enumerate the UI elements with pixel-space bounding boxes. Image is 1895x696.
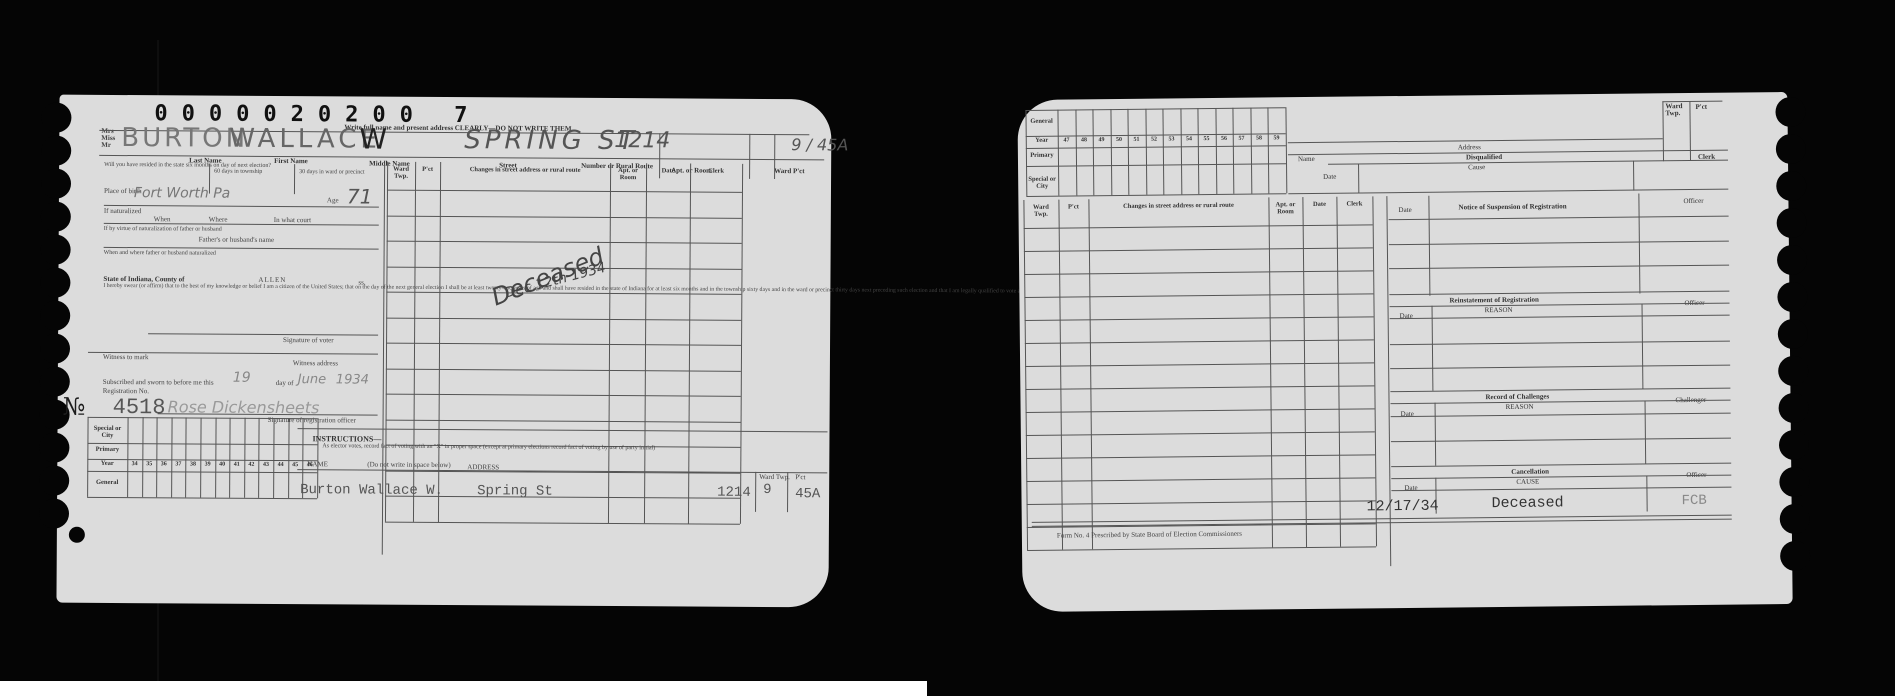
- punch-hole: [1777, 208, 1807, 238]
- punch-hole: [40, 301, 70, 331]
- cancellation-title: Cancellation: [1511, 467, 1549, 475]
- punch-hole: [39, 466, 69, 496]
- grid-year: 47: [1058, 137, 1076, 143]
- pct-label: P'ct: [795, 473, 805, 481]
- grid-year: 37: [171, 461, 186, 467]
- age-label: Age: [327, 196, 339, 204]
- grid-year: 42: [244, 462, 259, 468]
- punch-hole: [69, 527, 85, 543]
- witness-mark-label: Witness to mark: [103, 353, 149, 361]
- grid-year: 44: [273, 462, 288, 468]
- punch-hole: [1776, 171, 1806, 201]
- back-name-label: Name: [1298, 155, 1315, 163]
- day-value: 19: [233, 370, 251, 386]
- reg-no-label: Registration No.: [103, 387, 149, 395]
- punch-hole: [41, 103, 71, 133]
- by-virtue-label: If by virtue of naturalization of father…: [104, 225, 164, 233]
- court-label: In what court: [274, 216, 311, 224]
- registration-card-back: GeneralYear47484950515253545556575859Pri…: [1017, 92, 1792, 612]
- punch-hole: [1780, 504, 1810, 534]
- form-footer: Form No. 4 Prescribed by State Board of …: [1057, 530, 1242, 540]
- day-of-label: day of: [276, 379, 294, 387]
- grid-row-label: Primary: [1028, 152, 1056, 159]
- subscribed-label: Subscribed and sworn to before me this: [103, 378, 214, 387]
- voter-signature-label: Signature of voter: [283, 336, 334, 344]
- column-header: Ward Twp.: [389, 166, 413, 180]
- grid-year: 41: [229, 462, 244, 468]
- column-header: Apt. or Room: [1270, 201, 1300, 215]
- county-value: ALLEN: [258, 276, 286, 284]
- back-date-label: Date: [1323, 173, 1336, 181]
- punch-hole: [1779, 467, 1809, 497]
- naturalized-label: If naturalized: [104, 207, 144, 215]
- grid-year: 43: [259, 462, 274, 468]
- column-header: P'ct: [1060, 203, 1086, 210]
- column-header: Apt. or Room: [612, 167, 644, 181]
- punch-hole: [1780, 541, 1810, 571]
- punch-hole: [39, 499, 69, 529]
- grid-year: 54: [1180, 136, 1198, 142]
- grid-year: 57: [1233, 136, 1251, 142]
- grid-year: 49: [1093, 137, 1111, 143]
- grid-row-label: General: [1028, 118, 1056, 125]
- grid-year: 55: [1198, 136, 1216, 142]
- suspension-title: Notice of Suspension of Registration: [1458, 202, 1566, 211]
- column-header: Date: [648, 167, 688, 174]
- grid-year: 52: [1145, 137, 1163, 143]
- punch-hole: [1777, 282, 1807, 312]
- q-state-label: Will you have resided in the state six m…: [104, 161, 199, 170]
- suspension-date-label: Date: [1398, 206, 1411, 214]
- ward-pct-value: 9 / 45A: [791, 135, 848, 154]
- front-changes-table: Ward Twp.P'ctChanges in street address o…: [60, 95, 832, 100]
- do-not-write-label: (Do not write in space below): [367, 461, 450, 470]
- grid-year: 34: [127, 461, 142, 467]
- back-voting-grid: GeneralYear47484950515253545556575859Pri…: [1017, 92, 1787, 100]
- grid-row-label: Special or City: [89, 425, 125, 439]
- birth-label: Place of birth: [104, 187, 126, 195]
- year-value: 1934: [336, 372, 369, 387]
- birth-value: Fort Worth Pa: [134, 185, 230, 202]
- where-label: Where: [209, 216, 228, 224]
- grid-year: 48: [1075, 137, 1093, 143]
- cancellation-cause-label: CAUSE: [1516, 478, 1539, 486]
- column-header: Date: [1304, 201, 1334, 208]
- challenges-reason-label: REASON: [1506, 403, 1534, 411]
- punch-hole: [1775, 97, 1805, 127]
- cancellation-date-value: 12/17/34: [1367, 498, 1439, 516]
- q-ward-label: 30 days in ward or precinct: [299, 168, 354, 176]
- typed-ward: 9: [763, 482, 772, 498]
- grid-year: 40: [215, 462, 230, 468]
- ward-pct-label: Ward P'ct: [774, 167, 805, 175]
- punch-hole: [39, 433, 69, 463]
- grid-year: 38: [186, 461, 201, 467]
- grid-year: 59: [1268, 135, 1286, 141]
- back-address-label: Address: [1458, 143, 1481, 151]
- oath-text: I hereby swear (or affirm) that to the b…: [103, 283, 378, 292]
- back-changes-table: Ward Twp.P'ctChanges in street address o…: [1017, 92, 1787, 100]
- grid-row-label: Year: [89, 460, 125, 467]
- punch-hole: [1779, 430, 1809, 460]
- grid-year: 56: [1215, 136, 1233, 142]
- when-label: When: [154, 215, 171, 223]
- back-clerk-label: Clerk: [1698, 153, 1715, 161]
- grid-year: 58: [1250, 135, 1268, 141]
- typed-pct: 45A: [795, 486, 820, 502]
- punch-hole: [41, 136, 71, 166]
- number-symbol: №: [63, 393, 86, 421]
- first-name-value: WALLACE: [229, 124, 381, 155]
- column-header: Clerk: [692, 168, 740, 175]
- punch-hole: [40, 334, 70, 364]
- typed-name: Burton Wallace W.: [300, 482, 443, 499]
- grid-year: 36: [156, 461, 171, 467]
- punch-hole: [40, 268, 70, 298]
- witness-address-label: Witness address: [293, 359, 338, 367]
- disqualified-label: Disqualified: [1466, 153, 1502, 161]
- grid-year: 50: [1110, 137, 1128, 143]
- back-ward-label: Ward Twp.: [1665, 103, 1685, 117]
- column-header: Changes in street address or rural route: [442, 166, 608, 174]
- first-name-label: First Name: [274, 157, 308, 165]
- instructions-title: INSTRUCTIONS—: [312, 434, 381, 443]
- middle-name-value: W: [359, 122, 387, 155]
- column-header: Clerk: [1338, 200, 1370, 207]
- white-bar-artifact: [0, 681, 927, 696]
- grid-row-label: Special or City: [1028, 176, 1056, 190]
- number-value: 1214: [614, 128, 670, 153]
- q-township-label: 60 days in township: [214, 168, 264, 176]
- typed-number: 1214: [717, 485, 751, 501]
- grid-row-label: Primary: [89, 446, 125, 453]
- punch-hole: [1776, 134, 1806, 164]
- punch-hole: [1778, 393, 1808, 423]
- grid-row-label: Year: [1028, 137, 1056, 144]
- grid-year: 39: [200, 462, 215, 468]
- punch-hole: [1778, 319, 1808, 349]
- grid-row-label: General: [89, 479, 125, 486]
- punch-hole: [1778, 356, 1808, 386]
- back-pct-label: P'ct: [1695, 103, 1707, 111]
- ward-label: Ward Twp.: [759, 473, 790, 481]
- punch-hole: [41, 202, 71, 232]
- age-value: 71: [347, 184, 373, 208]
- name-label: NAME: [307, 460, 328, 468]
- cancellation-cause-value: Deceased: [1492, 494, 1564, 512]
- challenges-title: Record of Challenges: [1485, 392, 1549, 401]
- father-when-label: When and where father or husband natural…: [104, 249, 174, 257]
- suspension-officer-label: Officer: [1683, 197, 1703, 205]
- punch-hole: [41, 235, 71, 265]
- reinstatement-reason-label: REASON: [1485, 306, 1513, 314]
- street-value: SPRING ST: [464, 125, 638, 156]
- punch-hole: [1777, 245, 1807, 275]
- registration-card-front: 0000020200 7 Write full name and present…: [56, 95, 831, 608]
- column-header: Ward Twp.: [1025, 204, 1056, 218]
- punch-hole: [41, 169, 71, 199]
- typed-address: Spring St: [477, 483, 553, 499]
- father-name-label: Father's or husband's name: [199, 235, 274, 243]
- instructions-text: As elector votes, record fact of voting …: [322, 443, 782, 453]
- grid-year: 45: [288, 462, 303, 468]
- column-header: Changes in street address or rural route: [1090, 201, 1266, 210]
- month-value: June: [298, 372, 326, 387]
- grid-year: 35: [142, 461, 157, 467]
- grid-year: 53: [1163, 136, 1181, 142]
- cancellation-officer-value: FCB: [1681, 493, 1706, 509]
- column-header: P'ct: [417, 166, 438, 173]
- grid-year: 51: [1128, 137, 1146, 143]
- back-cause-label: Cause: [1468, 163, 1485, 171]
- reinstatement-title: Reinstatement of Registration: [1449, 296, 1539, 305]
- front-voting-grid: Special or CityPrimaryYear34353637383940…: [60, 95, 832, 100]
- salutation-labels: MrsMissMr: [101, 128, 115, 149]
